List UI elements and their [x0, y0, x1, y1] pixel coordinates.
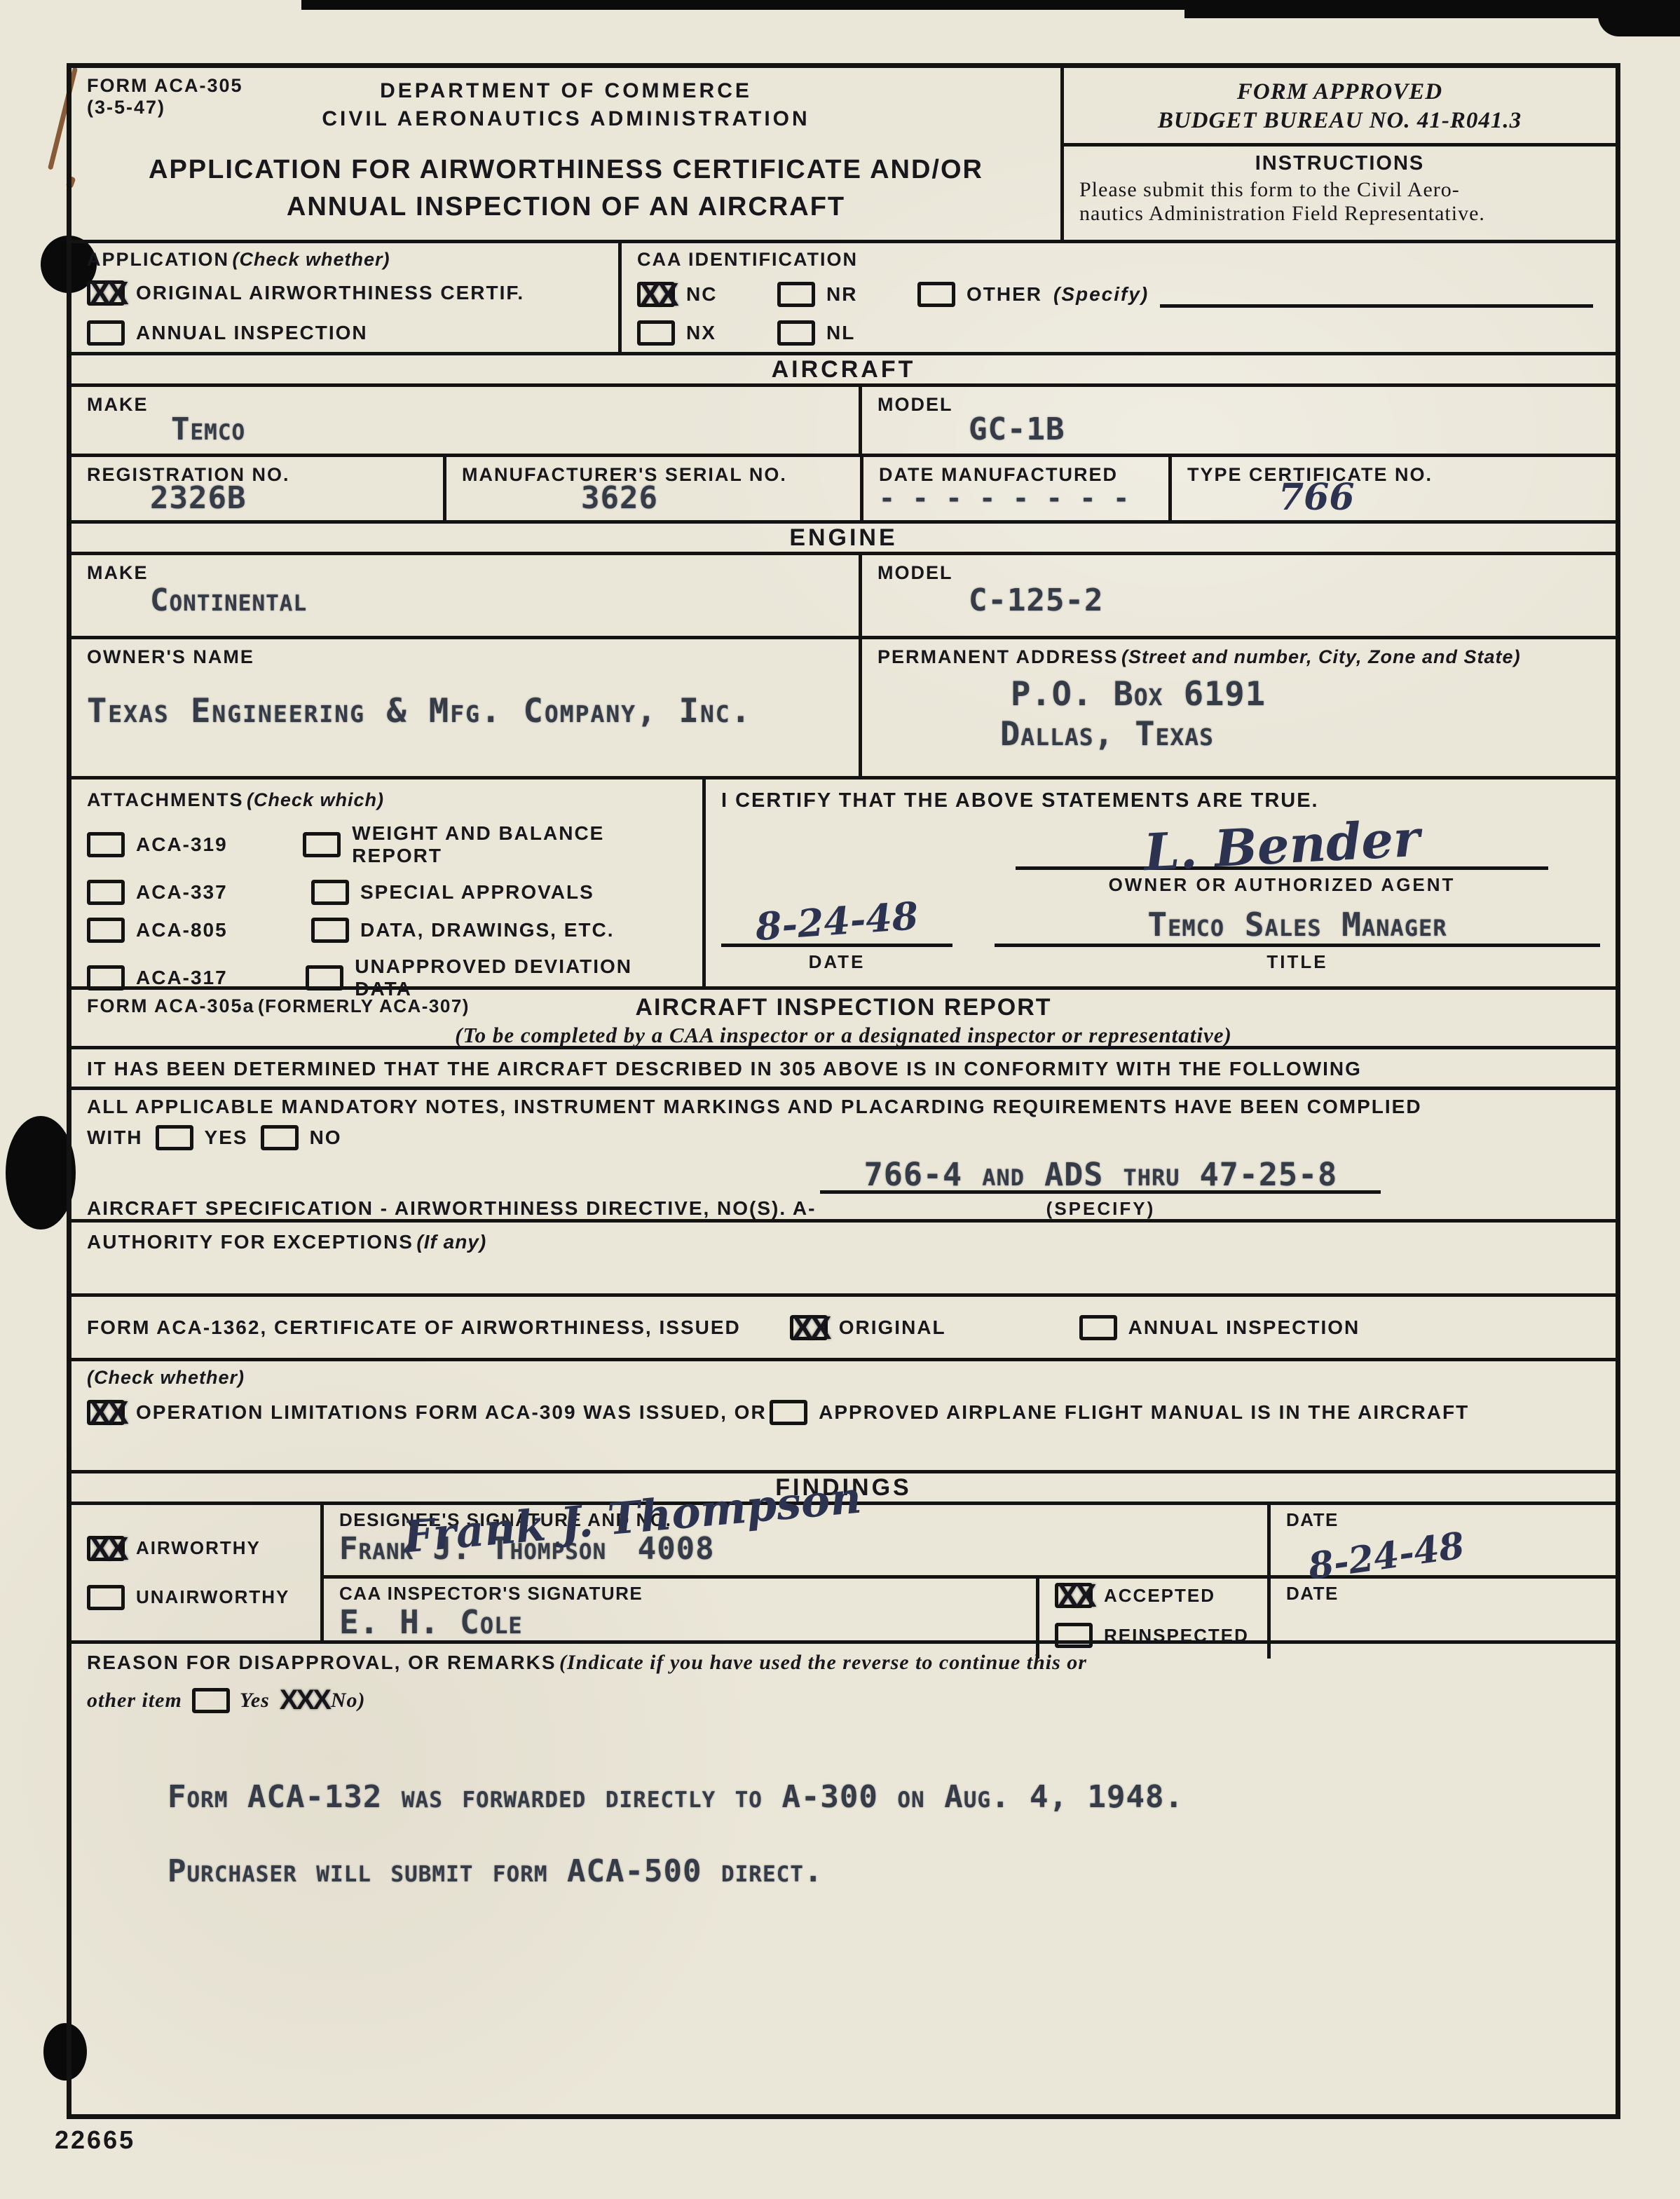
checkbox-flight-manual[interactable]: APPROVED AIRPLANE FLIGHT MANUAL IS IN TH… — [770, 1400, 1469, 1425]
model-label: MODEL — [877, 562, 1600, 584]
compliance-line1: ALL APPLICABLE MANDATORY NOTES, INSTRUME… — [87, 1096, 1600, 1118]
checkbox-box — [777, 320, 815, 346]
remarks-label: REASON FOR DISAPPROVAL, OR REMARKS — [87, 1652, 556, 1673]
airworthy-cell: XX AIRWORTHY UNAIRWORTHY — [71, 1505, 324, 1640]
address-label: PERMANENT ADDRESS — [877, 646, 1119, 667]
header-row: FORM ACA-305 (3-5-47) DEPARTMENT OF COMM… — [71, 68, 1616, 243]
aca1362-cell: FORM ACA-1362, CERTIFICATE OF AIRWORTHIN… — [71, 1297, 1616, 1358]
attachments-label: ATTACHMENTS — [87, 789, 243, 810]
checkbox-label: SPECIAL APPROVALS — [360, 881, 594, 904]
application-label: APPLICATION — [87, 249, 229, 270]
checkbox-box — [311, 880, 349, 905]
checkbox-xxx-mark: XXX — [280, 1684, 329, 1716]
make-label: MAKE — [87, 562, 843, 584]
instructions-box: INSTRUCTIONS Please submit this form to … — [1064, 147, 1616, 240]
aircraft-model-value[interactable]: GC-1B — [969, 411, 1600, 447]
checkbox-box — [306, 965, 343, 990]
owner-signature-block: L. Bender OWNER OR AUTHORIZED AGENT — [1016, 815, 1548, 896]
compliance-line2: WITH — [87, 1126, 143, 1149]
date-manufactured-cell: DATE MANUFACTURED - - - - - - - - — [863, 457, 1172, 520]
aca1362-label: FORM ACA-1362, CERTIFICATE OF AIRWORTHIN… — [87, 1316, 741, 1339]
checkbox-box — [637, 320, 675, 346]
remarks-row: REASON FOR DISAPPROVAL, OR REMARKS (Indi… — [71, 1644, 1616, 2114]
other-specify-field[interactable] — [1160, 280, 1593, 308]
certify-title-value[interactable]: Temco Sales Manager — [995, 906, 1600, 944]
checkbox-complied-no[interactable]: NO — [261, 1125, 342, 1150]
checkbox-reverse-yes[interactable] — [192, 1688, 230, 1713]
header-left: FORM ACA-305 (3-5-47) DEPARTMENT OF COMM… — [71, 68, 1064, 240]
checkbox-label: ACA-337 — [136, 881, 228, 904]
checkbox-accepted[interactable]: XX ACCEPTED — [1055, 1583, 1215, 1608]
date-label: DATE — [1286, 1583, 1600, 1605]
checkbox-label: ACA-317 — [136, 967, 228, 989]
inspector-name[interactable]: E. H. Cole — [339, 1603, 1020, 1641]
type-certificate-cell: TYPE CERTIFICATE NO. 766 — [1172, 457, 1616, 520]
scanned-form-page: FORM ACA-305 (3-5-47) DEPARTMENT OF COMM… — [0, 0, 1680, 2199]
spec-line: AIRCRAFT SPECIFICATION - AIRWORTHINESS D… — [87, 1156, 1600, 1220]
checkbox-box — [917, 282, 955, 307]
form-title-line1: APPLICATION FOR AIRWORTHINESS CERTIFICAT… — [87, 155, 1045, 185]
aircraft-model-cell: MODEL GC-1B — [862, 387, 1616, 454]
serial-cell: MANUFACTURER'S SERIAL NO. 3626 — [446, 457, 863, 520]
checkbox-reverse-no[interactable]: XXX No) — [280, 1684, 366, 1716]
checkbox-label: ANNUAL INSPECTION — [1128, 1316, 1360, 1339]
checkbox-label: ACCEPTED — [1104, 1585, 1215, 1607]
checkbox-label: OPERATION LIMITATIONS FORM ACA-309 WAS I… — [136, 1401, 767, 1424]
checkbox-box — [311, 918, 349, 943]
checkbox-data-drawings[interactable]: DATA, DRAWINGS, ETC. — [311, 918, 615, 943]
engine-section-band: ENGINE — [71, 524, 1616, 555]
authority-row: AUTHORITY FOR EXCEPTIONS (If any) — [71, 1223, 1616, 1297]
checkbox-label: NX — [686, 322, 716, 344]
checkbox-special-approvals[interactable]: SPECIAL APPROVALS — [311, 880, 594, 905]
type-certificate-value[interactable]: 766 — [1278, 476, 1600, 519]
checkbox-label: YES — [205, 1126, 248, 1149]
checkbox-operation-limitations[interactable]: XX OPERATION LIMITATIONS FORM ACA-309 WA… — [87, 1400, 767, 1425]
checkbox-nl[interactable]: NL — [777, 320, 917, 346]
checkbox-box — [770, 1400, 807, 1425]
other-specify-hint: (Specify) — [1053, 283, 1149, 306]
remarks-hint-line2: other item — [87, 1689, 182, 1713]
authority-label: AUTHORITY FOR EXCEPTIONS — [87, 1231, 414, 1253]
checkbox-box: XX — [87, 280, 125, 306]
remarks-cell: REASON FOR DISAPPROVAL, OR REMARKS (Indi… — [71, 1644, 1616, 2114]
engine-make-value[interactable]: Continental — [150, 583, 843, 618]
checkbox-box — [303, 832, 341, 857]
certify-title-block: Temco Sales Manager TITLE — [995, 906, 1600, 973]
owner-name-value[interactable]: Texas Engineering & Mfg. Company, Inc. — [87, 692, 843, 730]
checkbox-box: XX — [87, 1400, 125, 1425]
checkbox-issued-annual[interactable]: ANNUAL INSPECTION — [1079, 1315, 1360, 1340]
certify-cell: I CERTIFY THAT THE ABOVE STATEMENTS ARE … — [706, 779, 1616, 986]
checkbox-box: XX — [790, 1315, 828, 1340]
aircraft-make-value[interactable]: Temco — [171, 411, 843, 447]
certify-date-value[interactable]: 8-24-48 — [720, 891, 954, 952]
report-form-number: FORM ACA-305a — [87, 995, 255, 1016]
application-row: APPLICATION (Check whether) XX ORIGINAL … — [71, 243, 1616, 355]
checkbox-nx[interactable]: NX — [637, 320, 777, 346]
form-approved-box: FORM APPROVED BUDGET BUREAU NO. 41-R041.… — [1064, 68, 1616, 147]
authority-hint: (If any) — [416, 1231, 486, 1253]
checkbox-label: WEIGHT AND BALANCE REPORT — [352, 822, 687, 867]
certify-date-block: 8-24-48 DATE — [721, 899, 952, 973]
checkbox-label: ORIGINAL AIRWORTHINESS CERTIF. — [136, 282, 524, 304]
owner-address-cell: PERMANENT ADDRESS (Street and number, Ci… — [862, 639, 1616, 776]
attachments-line: ACA-805 DATA, DRAWINGS, ETC. — [87, 918, 687, 943]
header-right: FORM APPROVED BUDGET BUREAU NO. 41-R041.… — [1064, 68, 1616, 240]
check-whether-label: (Check whether) — [87, 1367, 1600, 1389]
checkbox-box — [156, 1125, 193, 1150]
designee-row: DESIGNEE'S SIGNATURE AND NO. Frank J. Th… — [324, 1505, 1616, 1579]
spec-label: AIRCRAFT SPECIFICATION - AIRWORTHINESS D… — [87, 1197, 816, 1220]
caa-id-label: CAA IDENTIFICATION — [637, 249, 1600, 271]
checkbox-aca-337[interactable]: ACA-337 — [87, 880, 311, 905]
checkbox-x-mark: XX — [86, 274, 128, 312]
aircraft-make-row: MAKE Temco MODEL GC-1B — [71, 387, 1616, 457]
checkbox-label: REINSPECTED — [1104, 1625, 1249, 1647]
checkbox-annual-inspection[interactable]: ANNUAL INSPECTION — [87, 320, 368, 346]
checkbox-box — [87, 880, 125, 905]
address-line1[interactable]: P.O. Box 6191 — [1011, 675, 1600, 714]
checkbox-airworthy[interactable]: XX AIRWORTHY — [87, 1536, 305, 1561]
checkbox-aca-319[interactable]: ACA-319 — [87, 822, 303, 867]
check-whether-row: (Check whether) XX OPERATION LIMITATIONS… — [71, 1361, 1616, 1473]
checkbox-x-mark: XX — [86, 1530, 128, 1567]
owner-row: OWNER'S NAME Texas Engineering & Mfg. Co… — [71, 639, 1616, 779]
checkbox-nr[interactable]: NR — [777, 282, 917, 307]
owner-name-cell: OWNER'S NAME Texas Engineering & Mfg. Co… — [71, 639, 862, 776]
engine-make-row: MAKE Continental MODEL C-125-2 — [71, 555, 1616, 639]
checkbox-box: XX — [87, 1536, 125, 1561]
checkbox-box — [1079, 1315, 1117, 1340]
checkbox-nc[interactable]: XX NC — [637, 282, 777, 307]
registration-row: REGISTRATION NO. 2326B MANUFACTURER'S SE… — [71, 457, 1616, 524]
inspection-report-header: FORM ACA-305a (FORMERLY ACA-307) AIRCRAF… — [71, 990, 1616, 1046]
remarks-hint-line1: (Indicate if you have used the reverse t… — [559, 1651, 1087, 1674]
spec-field[interactable]: 766-4 and ADS thru 47-25-8 (SPECIFY) — [820, 1156, 1381, 1220]
compliance-row: ALL APPLICABLE MANDATORY NOTES, INSTRUME… — [71, 1090, 1616, 1223]
checkbox-box — [777, 282, 815, 307]
address-line2[interactable]: Dallas, Texas — [1000, 715, 1600, 754]
findings-table: XX AIRWORTHY UNAIRWORTHY DESIGNEE'S SIGN… — [71, 1505, 1616, 1644]
reverse-yes-label: Yes — [240, 1689, 270, 1713]
checkbox-other[interactable]: OTHER (Specify) — [917, 280, 1600, 308]
application-cell: APPLICATION (Check whether) XX ORIGINAL … — [71, 243, 622, 352]
checkbox-label: NC — [686, 283, 717, 306]
checkbox-label: NL — [826, 322, 855, 344]
checkbox-aca-805[interactable]: ACA-805 — [87, 918, 311, 943]
attachments-line: ACA-319 WEIGHT AND BALANCE REPORT — [87, 822, 687, 867]
specify-label: (SPECIFY) — [820, 1198, 1381, 1220]
checkbox-box — [87, 832, 125, 857]
designee-signature-cell: DESIGNEE'S SIGNATURE AND NO. Frank J. Th… — [324, 1505, 1271, 1575]
determined-row: IT HAS BEEN DETERMINED THAT THE AIRCRAFT… — [71, 1049, 1616, 1090]
aircraft-section-band: AIRCRAFT — [71, 355, 1616, 387]
attachments-hint: (Check which) — [247, 789, 384, 810]
report-subtitle: (To be completed by a CAA inspector or a… — [87, 1023, 1600, 1048]
checkbox-box — [87, 918, 125, 943]
checkbox-box — [261, 1125, 299, 1150]
checkbox-label: NR — [826, 283, 857, 306]
attachments-cell: ATTACHMENTS (Check which) ACA-319 WEIGHT… — [71, 779, 706, 986]
reverse-no-label: No) — [331, 1689, 366, 1713]
form-approved-line1: FORM APPROVED — [1079, 79, 1600, 105]
form-revision-date: (3-5-47) — [87, 97, 243, 118]
checkbox-x-mark: XX — [636, 275, 678, 313]
checkbox-label: ANNUAL INSPECTION — [136, 322, 368, 344]
date-manufactured-value[interactable]: - - - - - - - - — [879, 483, 1153, 514]
remarks-typed-line2[interactable]: Purchaser will submit form ACA-500 direc… — [168, 1853, 1600, 1889]
checkbox-box — [87, 1585, 125, 1610]
checkbox-label: DATA, DRAWINGS, ETC. — [360, 919, 615, 941]
inspector-signature-label: CAA INSPECTOR'S SIGNATURE — [339, 1583, 1020, 1605]
checkbox-complied-yes[interactable]: YES — [156, 1125, 248, 1150]
date-label: DATE — [721, 951, 952, 973]
checkbox-box — [87, 965, 125, 990]
checkbox-box: XX — [1055, 1583, 1093, 1608]
aca1362-row: FORM ACA-1362, CERTIFICATE OF AIRWORTHIN… — [71, 1297, 1616, 1361]
checkbox-label: ACA-805 — [136, 919, 228, 941]
checkbox-label: NO — [310, 1126, 342, 1149]
checkbox-box: XX — [637, 282, 675, 307]
inspection-report-header-row: FORM ACA-305a (FORMERLY ACA-307) AIRCRAF… — [71, 990, 1616, 1049]
authority-cell: AUTHORITY FOR EXCEPTIONS (If any) — [71, 1223, 1616, 1293]
report-formerly: (FORMERLY ACA-307) — [258, 995, 470, 1016]
application-form: FORM ACA-305 (3-5-47) DEPARTMENT OF COMM… — [67, 63, 1620, 2119]
title-label: TITLE — [995, 951, 1600, 973]
address-hint: (Street and number, City, Zone and State… — [1121, 646, 1521, 667]
checkbox-label: ORIGINAL — [839, 1316, 946, 1339]
instructions-line2: nautics Administration Field Representat… — [1079, 202, 1600, 226]
determined-cell: IT HAS BEEN DETERMINED THAT THE AIRCRAFT… — [71, 1049, 1616, 1087]
application-hint: (Check whether) — [232, 249, 390, 270]
checkbox-issued-original[interactable]: XX ORIGINAL — [790, 1315, 946, 1340]
checkbox-original-airworthiness[interactable]: XX ORIGINAL AIRWORTHINESS CERTIF. — [87, 280, 524, 306]
caa-identification-cell: CAA IDENTIFICATION XX NC NR OTHER (Speci… — [622, 243, 1616, 352]
title-line — [995, 944, 1600, 947]
compliance-cell: ALL APPLICABLE MANDATORY NOTES, INSTRUME… — [71, 1090, 1616, 1219]
checkbox-box — [87, 320, 125, 346]
engine-make-cell: MAKE Continental — [71, 555, 862, 636]
instructions-line1: Please submit this form to the Civil Aer… — [1079, 178, 1600, 202]
remarks-typed-line1[interactable]: Form ACA-132 was forwarded directly to A… — [168, 1779, 1600, 1815]
determined-statement: IT HAS BEEN DETERMINED THAT THE AIRCRAFT… — [87, 1058, 1600, 1080]
designee-date-cell: DATE 8-24-48 — [1271, 1505, 1616, 1575]
registration-cell: REGISTRATION NO. 2326B — [71, 457, 446, 520]
attachments-line: ACA-337 SPECIAL APPROVALS — [87, 880, 687, 905]
checkbox-weight-balance[interactable]: WEIGHT AND BALANCE REPORT — [303, 822, 687, 867]
checkbox-x-mark: XX — [1054, 1577, 1096, 1614]
instructions-title: INSTRUCTIONS — [1079, 152, 1600, 175]
checkbox-unairworthy[interactable]: UNAIRWORTHY — [87, 1585, 305, 1610]
engine-model-value[interactable]: C-125-2 — [969, 583, 1600, 618]
form-number: FORM ACA-305 — [87, 75, 243, 97]
owner-name-label: OWNER'S NAME — [87, 646, 843, 668]
checkbox-label: APPROVED AIRPLANE FLIGHT MANUAL IS IN TH… — [819, 1401, 1469, 1424]
attachments-certify-row: ATTACHMENTS (Check which) ACA-319 WEIGHT… — [71, 779, 1616, 990]
scan-corner-blob — [1598, 0, 1680, 36]
checkbox-label: UNAIRWORTHY — [136, 1586, 289, 1608]
checkbox-label: OTHER — [967, 283, 1042, 306]
checkbox-label: AIRWORTHY — [136, 1537, 261, 1559]
aircraft-make-cell: MAKE Temco — [71, 387, 862, 454]
date-title-line: 8-24-48 DATE Temco Sales Manager TITLE — [721, 899, 1600, 973]
check-whether-cell: (Check whether) XX OPERATION LIMITATIONS… — [71, 1361, 1616, 1470]
footer-serial-number: 22665 — [55, 2125, 135, 2155]
engine-model-cell: MODEL C-125-2 — [862, 555, 1616, 636]
budget-bureau-line: BUDGET BUREAU NO. 41-R041.3 — [1079, 108, 1600, 134]
checkbox-label: ACA-319 — [136, 833, 228, 856]
hole-punch-middle — [6, 1116, 76, 1230]
spec-value: 766-4 and ADS thru 47-25-8 — [864, 1156, 1338, 1193]
checkbox-x-mark: XX — [86, 1394, 128, 1431]
checkbox-x-mark: XX — [789, 1309, 831, 1347]
findings-right: DESIGNEE'S SIGNATURE AND NO. Frank J. Th… — [324, 1505, 1616, 1640]
form-title-line2: ANNUAL INSPECTION OF AN AIRCRAFT — [87, 192, 1045, 222]
